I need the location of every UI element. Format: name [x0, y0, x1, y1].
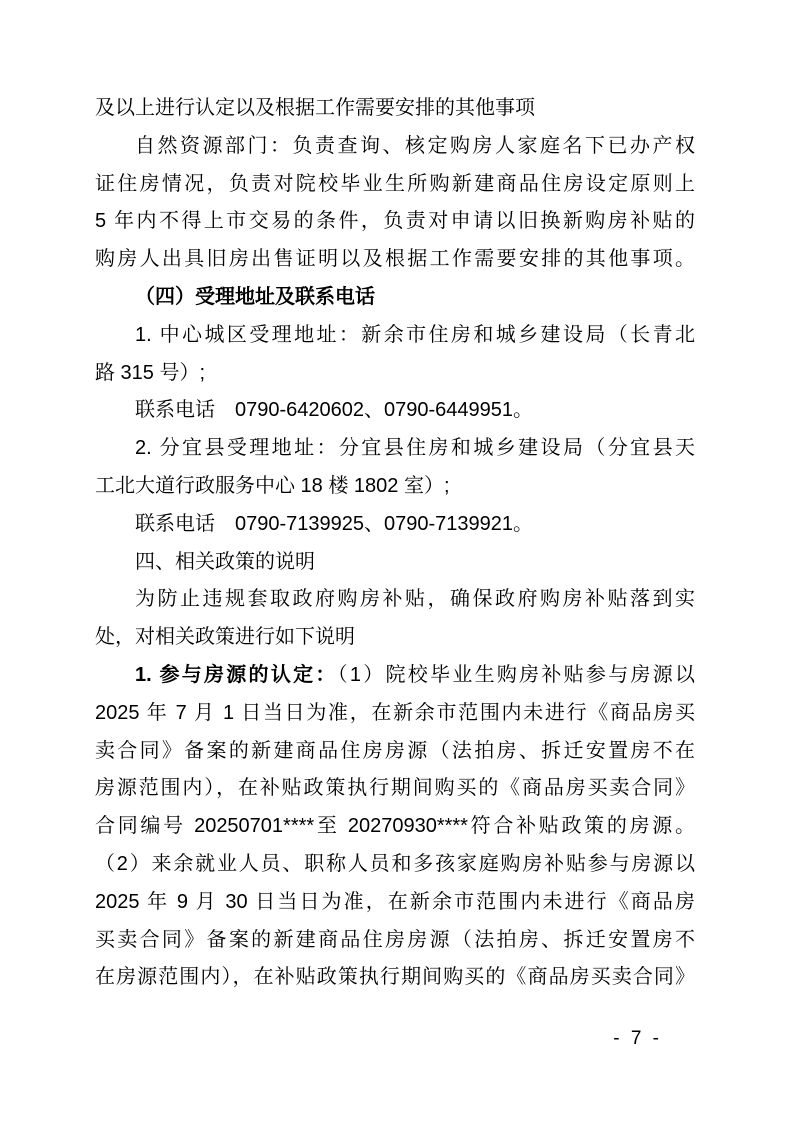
doc-line: 房源范围内），在补贴政策执行期间购买的《商品房买卖合同》 [95, 770, 695, 808]
doc-line: 处，对相关政策进行如下说明 [95, 619, 695, 657]
doc-line: 自然资源部门：负责查询、核定购房人家庭名下已办产权 [95, 128, 695, 166]
doc-line: 联系电话 0790-7139925、0790-7139921。 [95, 506, 695, 544]
page-number: - 7 - [95, 1026, 659, 1052]
document-page: 及以上进行认定以及根据工作需要安排的其他事项 自然资源部门：负责查询、核定购房人… [0, 0, 793, 1122]
doc-line: 证住房情况，负责对院校毕业生所购新建商品住房设定原则上 [95, 166, 695, 204]
doc-line: 合同编号 20250701****至 20270930****符合补贴政策的房源… [95, 808, 695, 846]
doc-line: 为防止违规套取政府购房补贴，确保政府购房补贴落到实 [95, 581, 695, 619]
doc-line: 路 315 号）; [95, 355, 695, 393]
doc-line: 卖合同》备案的新建商品住房房源（法拍房、拆迁安置房不在 [95, 733, 695, 771]
document-body: 及以上进行认定以及根据工作需要安排的其他事项 自然资源部门：负责查询、核定购房人… [95, 90, 695, 997]
bold-run: 1. 参与房源的认定： [135, 664, 338, 686]
doc-line: 四、相关政策的说明 [95, 544, 695, 582]
doc-line: 1. 参与房源的认定：（1）院校毕业生购房补贴参与房源以 [95, 657, 695, 695]
doc-line: 2025 年 9 月 30 日当日为准，在新余市范围内未进行《商品房 [95, 884, 695, 922]
doc-line: 在房源范围内），在补贴政策执行期间购买的《商品房买卖合同》 [95, 959, 695, 997]
doc-line: （2）来余就业人员、职称人员和多孩家庭购房补贴参与房源以 [95, 846, 695, 884]
doc-line: 2. 分宜县受理地址：分宜县住房和城乡建设局（分宜县天 [95, 430, 695, 468]
doc-line: 2025 年 7 月 1 日当日为准，在新余市范围内未进行《商品房买 [95, 695, 695, 733]
section-heading-line: （四）受理地址及联系电话 [95, 279, 695, 317]
doc-line: 买卖合同》备案的新建商品住房房源（法拍房、拆迁安置房不 [95, 922, 695, 960]
doc-line: 1. 中心城区受理地址：新余市住房和城乡建设局（长青北 [95, 317, 695, 355]
text-run: （1）院校毕业生购房补贴参与房源以 [338, 664, 695, 686]
doc-line: 5 年内不得上市交易的条件，负责对申请以旧换新购房补贴的 [95, 203, 695, 241]
doc-line: 联系电话 0790-6420602、0790-6449951。 [95, 392, 695, 430]
doc-line: 及以上进行认定以及根据工作需要安排的其他事项 [95, 90, 695, 128]
doc-line: 购房人出具旧房出售证明以及根据工作需要安排的其他事项。 [95, 241, 695, 279]
doc-line: 工北大道行政服务中心 18 楼 1802 室）; [95, 468, 695, 506]
